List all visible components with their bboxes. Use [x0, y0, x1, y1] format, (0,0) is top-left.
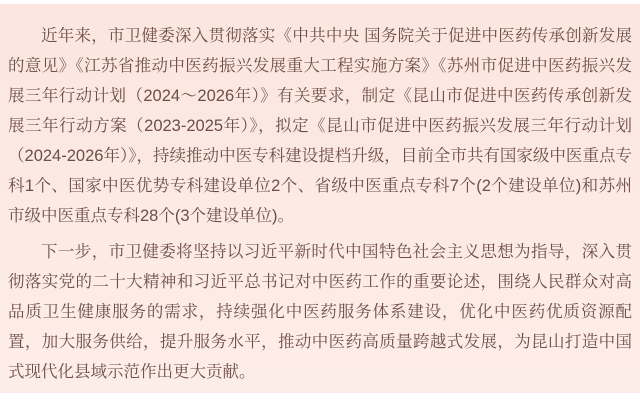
paragraph-recent-years: 近年来，市卫健委深入贯彻落实《中共中央 国务院关于促进中医药传承创新发展的意见》…	[8, 21, 632, 231]
article-text-panel: 近年来，市卫健委深入贯彻落实《中共中央 国务院关于促进中医药传承创新发展的意见》…	[0, 4, 640, 393]
paragraph-next-steps: 下一步，市卫健委将坚持以习近平新时代中国特色社会主义思想为指导，深入贯彻落实党的…	[8, 237, 632, 387]
article-page: 近年来，市卫健委深入贯彻落实《中共中央 国务院关于促进中医药传承创新发展的意见》…	[0, 4, 640, 401]
